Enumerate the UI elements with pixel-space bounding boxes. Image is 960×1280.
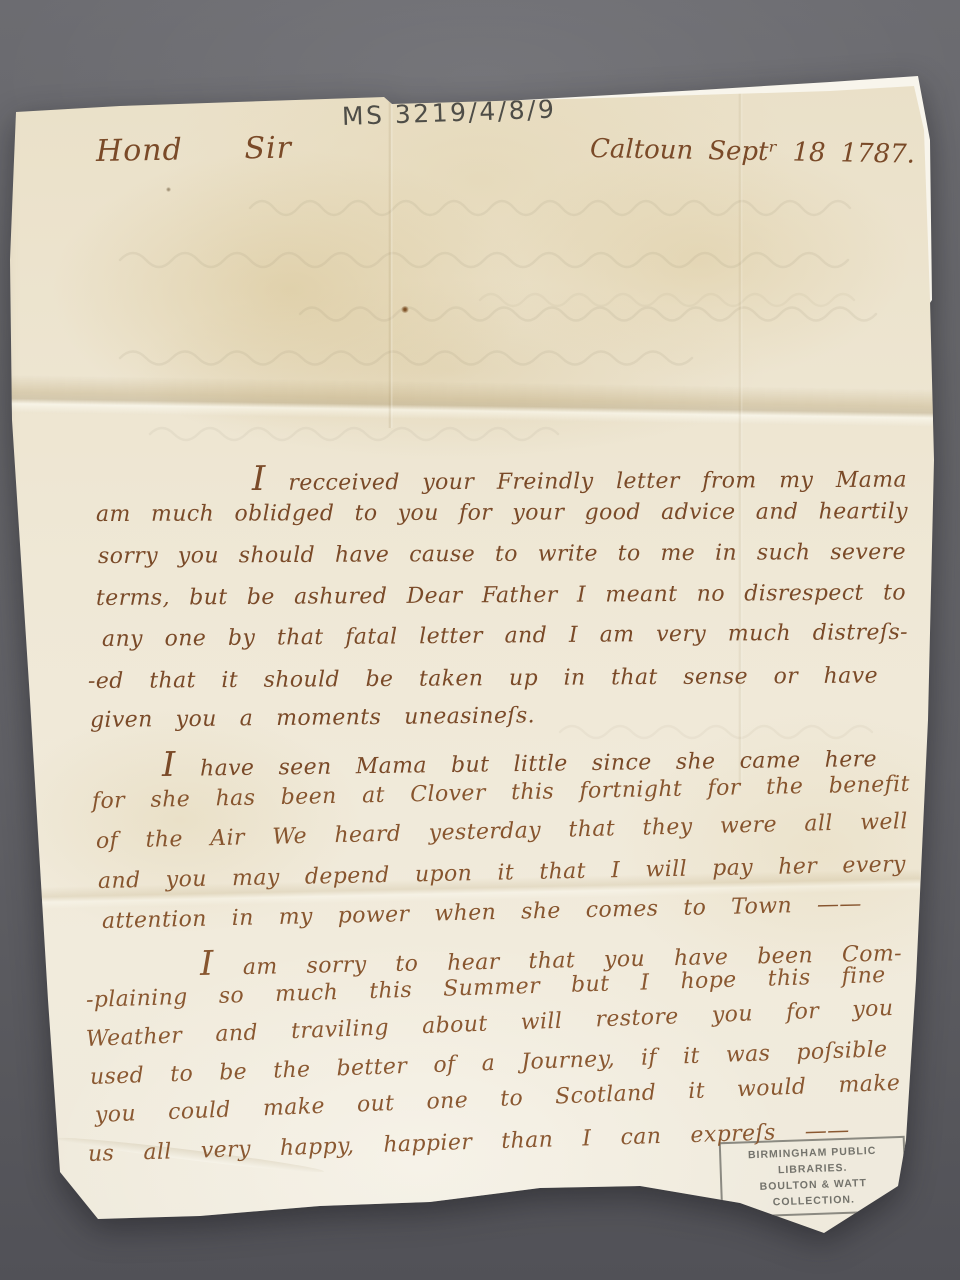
body-line: given you a moments uneasineſs.	[90, 705, 535, 732]
body-line: sorry you should have cause to write to …	[98, 542, 906, 568]
photo-surface: MS 3219/4/8/9 Hond Sir Caltoun Septʳ 18 …	[0, 0, 960, 1280]
paper-shadow: MS 3219/4/8/9 Hond Sir Caltoun Septʳ 18 …	[0, 0, 960, 1280]
letter-paper: MS 3219/4/8/9 Hond Sir Caltoun Septʳ 18 …	[0, 0, 960, 1280]
body-line: terms, but be ashured Dear Father I mean…	[96, 582, 906, 610]
body-line: I recceived your Freindly letter from my…	[252, 459, 907, 496]
body-line: of the Air We heard yesterday that they …	[96, 811, 908, 853]
foxing-speck	[166, 187, 171, 192]
body-line: am much oblidged to you for your good ad…	[96, 501, 908, 526]
foxing-spot	[401, 306, 409, 313]
body-line: -ed that it should be taken up in that s…	[88, 665, 878, 693]
body-line: attention in my power when she comes to …	[102, 894, 862, 933]
horizontal-fold-crease	[8, 375, 933, 428]
vertical-fold-crease-left	[388, 98, 393, 428]
body-line: and you may depend upon it that I will p…	[98, 854, 906, 893]
dateline: Caltoun Septʳ 18 1787.	[590, 134, 915, 170]
salutation: Hond Sir	[96, 131, 293, 169]
library-stamp: BIRMINGHAM PUBLIC LIBRARIES. BOULTON & W…	[719, 1136, 908, 1218]
body-line: any one by that fatal letter and I am ve…	[102, 622, 908, 651]
